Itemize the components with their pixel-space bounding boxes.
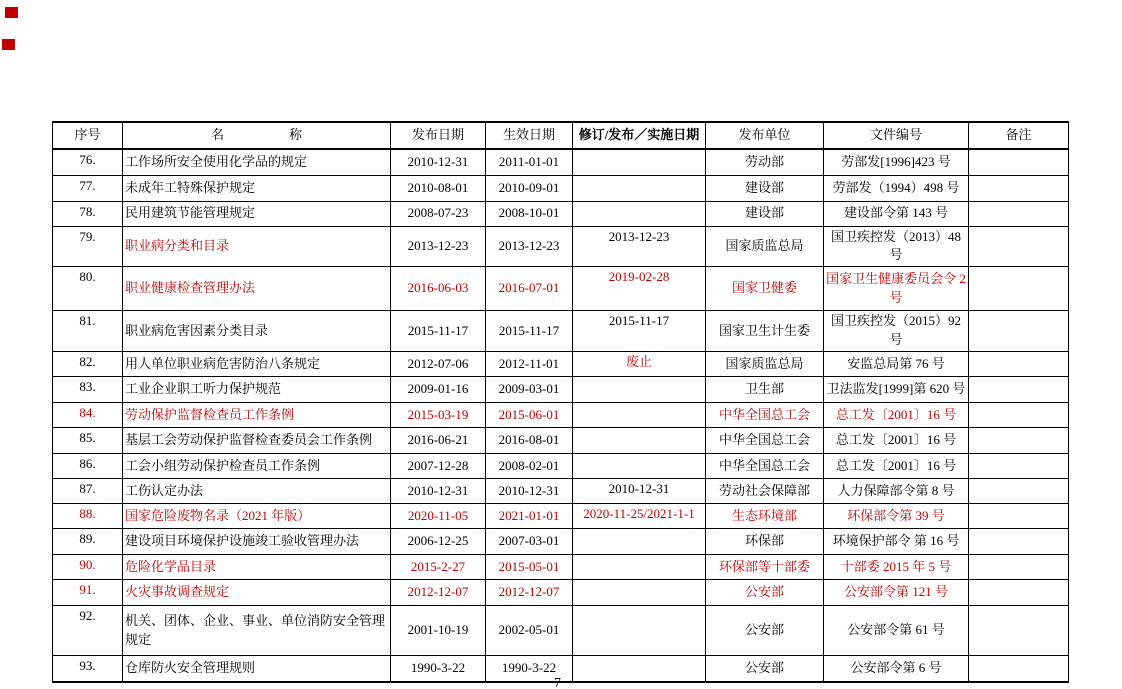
cell-name: 工作场所安全使用化学品的规定: [123, 149, 391, 175]
cell-remark: [969, 403, 1069, 428]
col-header-effective-date: 生效日期: [486, 122, 573, 149]
cell-revision-date: [573, 580, 706, 606]
table-body: 76.工作场所安全使用化学品的规定2010-12-312011-01-01劳动部…: [53, 149, 1069, 682]
cell-remark: [969, 267, 1069, 311]
cell-doc-number: 公安部令第 121 号: [824, 580, 969, 606]
page-number: 7: [554, 676, 561, 689]
cell-publish-date: 2010-12-31: [391, 149, 486, 175]
cell-publish-date: 2008-07-23: [391, 201, 486, 226]
cell-doc-number: 十部委 2015 年 5 号: [824, 555, 969, 580]
cell-remark: [969, 201, 1069, 226]
cell-effective-date: 2015-05-01: [486, 555, 573, 580]
cell-revision-date: [573, 656, 706, 682]
cell-publish-date: 2015-11-17: [391, 311, 486, 352]
cell-name: 基层工会劳动保护监督检查委员会工作条例: [123, 428, 391, 454]
cell-publish-date: 2009-01-16: [391, 377, 486, 403]
cell-effective-date: 2016-07-01: [486, 267, 573, 311]
cell-index: 77.: [53, 175, 123, 201]
cell-publisher: 卫生部: [706, 377, 824, 403]
cell-name: 未成年工特殊保护规定: [123, 175, 391, 201]
cell-name: 民用建筑节能管理规定: [123, 201, 391, 226]
col-header-doc-number: 文件编号: [824, 122, 969, 149]
cell-effective-date: 2008-10-01: [486, 201, 573, 226]
cell-effective-date: 2002-05-01: [486, 606, 573, 656]
cell-publish-date: 2012-07-06: [391, 352, 486, 377]
col-header-publisher: 发布单位: [706, 122, 824, 149]
cell-revision-date: [573, 529, 706, 555]
cell-index: 81.: [53, 311, 123, 352]
cell-publisher: 中华全国总工会: [706, 454, 824, 479]
cell-revision-date: 2015-11-17: [573, 311, 706, 352]
cell-publisher: 国家卫健委: [706, 267, 824, 311]
cell-doc-number: 国家卫生健康委员会令 2 号: [824, 267, 969, 311]
cell-name: 劳动保护监督检查员工作条例: [123, 403, 391, 428]
cell-publish-date: 2013-12-23: [391, 226, 486, 267]
cell-doc-number: 公安部令第 61 号: [824, 606, 969, 656]
cell-doc-number: 总工发〔2001〕16 号: [824, 403, 969, 428]
cell-index: 92.: [53, 606, 123, 656]
cell-publisher: 国家质监总局: [706, 352, 824, 377]
table-row: 90.危险化学品目录2015-2-272015-05-01环保部等十部委十部委 …: [53, 555, 1069, 580]
cell-effective-date: 2012-12-07: [486, 580, 573, 606]
cell-doc-number: 卫法监发[1999]第 620 号: [824, 377, 969, 403]
cell-doc-number: 环保部令第 39 号: [824, 504, 969, 529]
cell-name: 工伤认定办法: [123, 479, 391, 504]
cell-revision-date: 2010-12-31: [573, 479, 706, 504]
table-row: 77.未成年工特殊保护规定2010-08-012010-09-01建设部劳部发（…: [53, 175, 1069, 201]
cell-index: 83.: [53, 377, 123, 403]
cell-publisher: 生态环境部: [706, 504, 824, 529]
cell-index: 89.: [53, 529, 123, 555]
cell-name: 工会小组劳动保护检查员工作条例: [123, 454, 391, 479]
table-row: 76.工作场所安全使用化学品的规定2010-12-312011-01-01劳动部…: [53, 149, 1069, 175]
cell-effective-date: 2007-03-01: [486, 529, 573, 555]
cell-name: 工业企业职工听力保护规范: [123, 377, 391, 403]
cell-index: 79.: [53, 226, 123, 267]
cell-publish-date: 2006-12-25: [391, 529, 486, 555]
cell-publish-date: 2016-06-03: [391, 267, 486, 311]
cell-remark: [969, 175, 1069, 201]
cell-publisher: 建设部: [706, 201, 824, 226]
cell-doc-number: 劳部发[1996]423 号: [824, 149, 969, 175]
cell-effective-date: 2008-02-01: [486, 454, 573, 479]
table-row: 81.职业病危害因素分类目录2015-11-172015-11-172015-1…: [53, 311, 1069, 352]
table-row: 82.用人单位职业病危害防治八条规定2012-07-062012-11-01废止…: [53, 352, 1069, 377]
cell-publisher: 公安部: [706, 580, 824, 606]
cell-name: 职业病分类和目录: [123, 226, 391, 267]
cell-remark: [969, 149, 1069, 175]
cell-publish-date: 2016-06-21: [391, 428, 486, 454]
cell-publish-date: 2010-12-31: [391, 479, 486, 504]
cell-publisher: 国家卫生计生委: [706, 311, 824, 352]
cell-publisher: 劳动部: [706, 149, 824, 175]
cell-publish-date: 2007-12-28: [391, 454, 486, 479]
cell-doc-number: 建设部令第 143 号: [824, 201, 969, 226]
cell-index: 91.: [53, 580, 123, 606]
cell-remark: [969, 226, 1069, 267]
cell-revision-date: 2019-02-28: [573, 267, 706, 311]
cell-remark: [969, 352, 1069, 377]
cell-revision-date: [573, 555, 706, 580]
cell-remark: [969, 311, 1069, 352]
cell-name: 职业健康检查管理办法: [123, 267, 391, 311]
cell-name: 仓库防火安全管理规则: [123, 656, 391, 682]
table-row: 89.建设项目环境保护设施竣工验收管理办法2006-12-252007-03-0…: [53, 529, 1069, 555]
col-header-remark: 备注: [969, 122, 1069, 149]
cell-name: 国家危险废物名录（2021 年版）: [123, 504, 391, 529]
cell-publisher: 环保部等十部委: [706, 555, 824, 580]
cell-remark: [969, 454, 1069, 479]
cell-effective-date: 2013-12-23: [486, 226, 573, 267]
table-row: 87.工伤认定办法2010-12-312010-12-312010-12-31劳…: [53, 479, 1069, 504]
cell-effective-date: 2016-08-01: [486, 428, 573, 454]
cell-publish-date: 2001-10-19: [391, 606, 486, 656]
cell-effective-date: 2021-01-01: [486, 504, 573, 529]
cell-doc-number: 总工发〔2001〕16 号: [824, 428, 969, 454]
cell-index: 82.: [53, 352, 123, 377]
cell-index: 87.: [53, 479, 123, 504]
cell-publish-date: 2015-2-27: [391, 555, 486, 580]
cell-remark: [969, 606, 1069, 656]
cell-publisher: 中华全国总工会: [706, 403, 824, 428]
cell-index: 80.: [53, 267, 123, 311]
table-row: 85.基层工会劳动保护监督检查委员会工作条例2016-06-212016-08-…: [53, 428, 1069, 454]
cell-doc-number: 国卫疾控发（2015）92 号: [824, 311, 969, 352]
cell-publisher: 国家质监总局: [706, 226, 824, 267]
table-row: 84.劳动保护监督检查员工作条例2015-03-192015-06-01中华全国…: [53, 403, 1069, 428]
cell-effective-date: 2010-09-01: [486, 175, 573, 201]
cell-effective-date: 2010-12-31: [486, 479, 573, 504]
cell-remark: [969, 656, 1069, 682]
cell-index: 85.: [53, 428, 123, 454]
cell-index: 76.: [53, 149, 123, 175]
cell-index: 86.: [53, 454, 123, 479]
cell-doc-number: 环境保护部令 第 16 号: [824, 529, 969, 555]
cell-revision-date: 2013-12-23: [573, 226, 706, 267]
col-header-publish-date: 发布日期: [391, 122, 486, 149]
cell-doc-number: 国卫疾控发（2013）48 号: [824, 226, 969, 267]
cell-remark: [969, 580, 1069, 606]
cell-name: 机关、团体、企业、事业、单位消防安全管理规定: [123, 606, 391, 656]
cell-revision-date: [573, 201, 706, 226]
cell-index: 93.: [53, 656, 123, 682]
cell-publish-date: 2012-12-07: [391, 580, 486, 606]
cell-revision-date: 废止: [573, 352, 706, 377]
col-header-index: 序号: [53, 122, 123, 149]
table-row: 92.机关、团体、企业、事业、单位消防安全管理规定2001-10-192002-…: [53, 606, 1069, 656]
regulations-table: 序号名 称发布日期生效日期修订/发布／实施日期发布单位文件编号备注 76.工作场…: [52, 121, 1069, 683]
cell-remark: [969, 428, 1069, 454]
header-row: 序号名 称发布日期生效日期修订/发布／实施日期发布单位文件编号备注: [53, 122, 1069, 149]
cell-effective-date: 2011-01-01: [486, 149, 573, 175]
cell-effective-date: 2012-11-01: [486, 352, 573, 377]
table-row: 91.火灾事故调查规定2012-12-072012-12-07公安部公安部令第 …: [53, 580, 1069, 606]
cell-doc-number: 安监总局第 76 号: [824, 352, 969, 377]
table-row: 79.职业病分类和目录2013-12-232013-12-232013-12-2…: [53, 226, 1069, 267]
cell-doc-number: 总工发〔2001〕16 号: [824, 454, 969, 479]
cell-index: 90.: [53, 555, 123, 580]
cell-publisher: 中华全国总工会: [706, 428, 824, 454]
cell-remark: [969, 504, 1069, 529]
cell-publisher: 公安部: [706, 656, 824, 682]
cell-publish-date: 2020-11-05: [391, 504, 486, 529]
cell-doc-number: 人力保障部令第 8 号: [824, 479, 969, 504]
cell-publish-date: 2010-08-01: [391, 175, 486, 201]
col-header-name: 名 称: [123, 122, 391, 149]
cell-effective-date: 2015-11-17: [486, 311, 573, 352]
cell-publisher: 环保部: [706, 529, 824, 555]
table-row: 88.国家危险废物名录（2021 年版）2020-11-052021-01-01…: [53, 504, 1069, 529]
cell-remark: [969, 529, 1069, 555]
cell-index: 88.: [53, 504, 123, 529]
table-row: 83.工业企业职工听力保护规范2009-01-162009-03-01卫生部卫法…: [53, 377, 1069, 403]
cell-publish-date: 1990-3-22: [391, 656, 486, 682]
cell-name: 火灾事故调查规定: [123, 580, 391, 606]
cell-revision-date: [573, 428, 706, 454]
cell-publish-date: 2015-03-19: [391, 403, 486, 428]
table-header: 序号名 称发布日期生效日期修订/发布／实施日期发布单位文件编号备注: [53, 122, 1069, 149]
red-square-marker: [2, 39, 15, 50]
cell-doc-number: 劳部发（1994）498 号: [824, 175, 969, 201]
cell-revision-date: [573, 149, 706, 175]
table-row: 80.职业健康检查管理办法2016-06-032016-07-012019-02…: [53, 267, 1069, 311]
cell-publisher: 建设部: [706, 175, 824, 201]
cell-publisher: 公安部: [706, 606, 824, 656]
cell-remark: [969, 479, 1069, 504]
cell-name: 建设项目环境保护设施竣工验收管理办法: [123, 529, 391, 555]
cell-publisher: 劳动社会保障部: [706, 479, 824, 504]
cell-effective-date: 2009-03-01: [486, 377, 573, 403]
cell-index: 84.: [53, 403, 123, 428]
cell-name: 用人单位职业病危害防治八条规定: [123, 352, 391, 377]
table-row: 78.民用建筑节能管理规定2008-07-232008-10-01建设部建设部令…: [53, 201, 1069, 226]
cell-name: 危险化学品目录: [123, 555, 391, 580]
cell-remark: [969, 377, 1069, 403]
red-square-marker: [5, 7, 18, 18]
cell-remark: [969, 555, 1069, 580]
cell-revision-date: [573, 606, 706, 656]
cell-revision-date: [573, 175, 706, 201]
cell-index: 78.: [53, 201, 123, 226]
cell-revision-date: [573, 403, 706, 428]
cell-revision-date: [573, 454, 706, 479]
cell-effective-date: 2015-06-01: [486, 403, 573, 428]
cell-revision-date: [573, 377, 706, 403]
cell-revision-date: 2020-11-25/2021-1-1: [573, 504, 706, 529]
col-header-revision-date: 修订/发布／实施日期: [573, 122, 706, 149]
table-row: 86.工会小组劳动保护检查员工作条例2007-12-282008-02-01中华…: [53, 454, 1069, 479]
cell-doc-number: 公安部令第 6 号: [824, 656, 969, 682]
cell-name: 职业病危害因素分类目录: [123, 311, 391, 352]
